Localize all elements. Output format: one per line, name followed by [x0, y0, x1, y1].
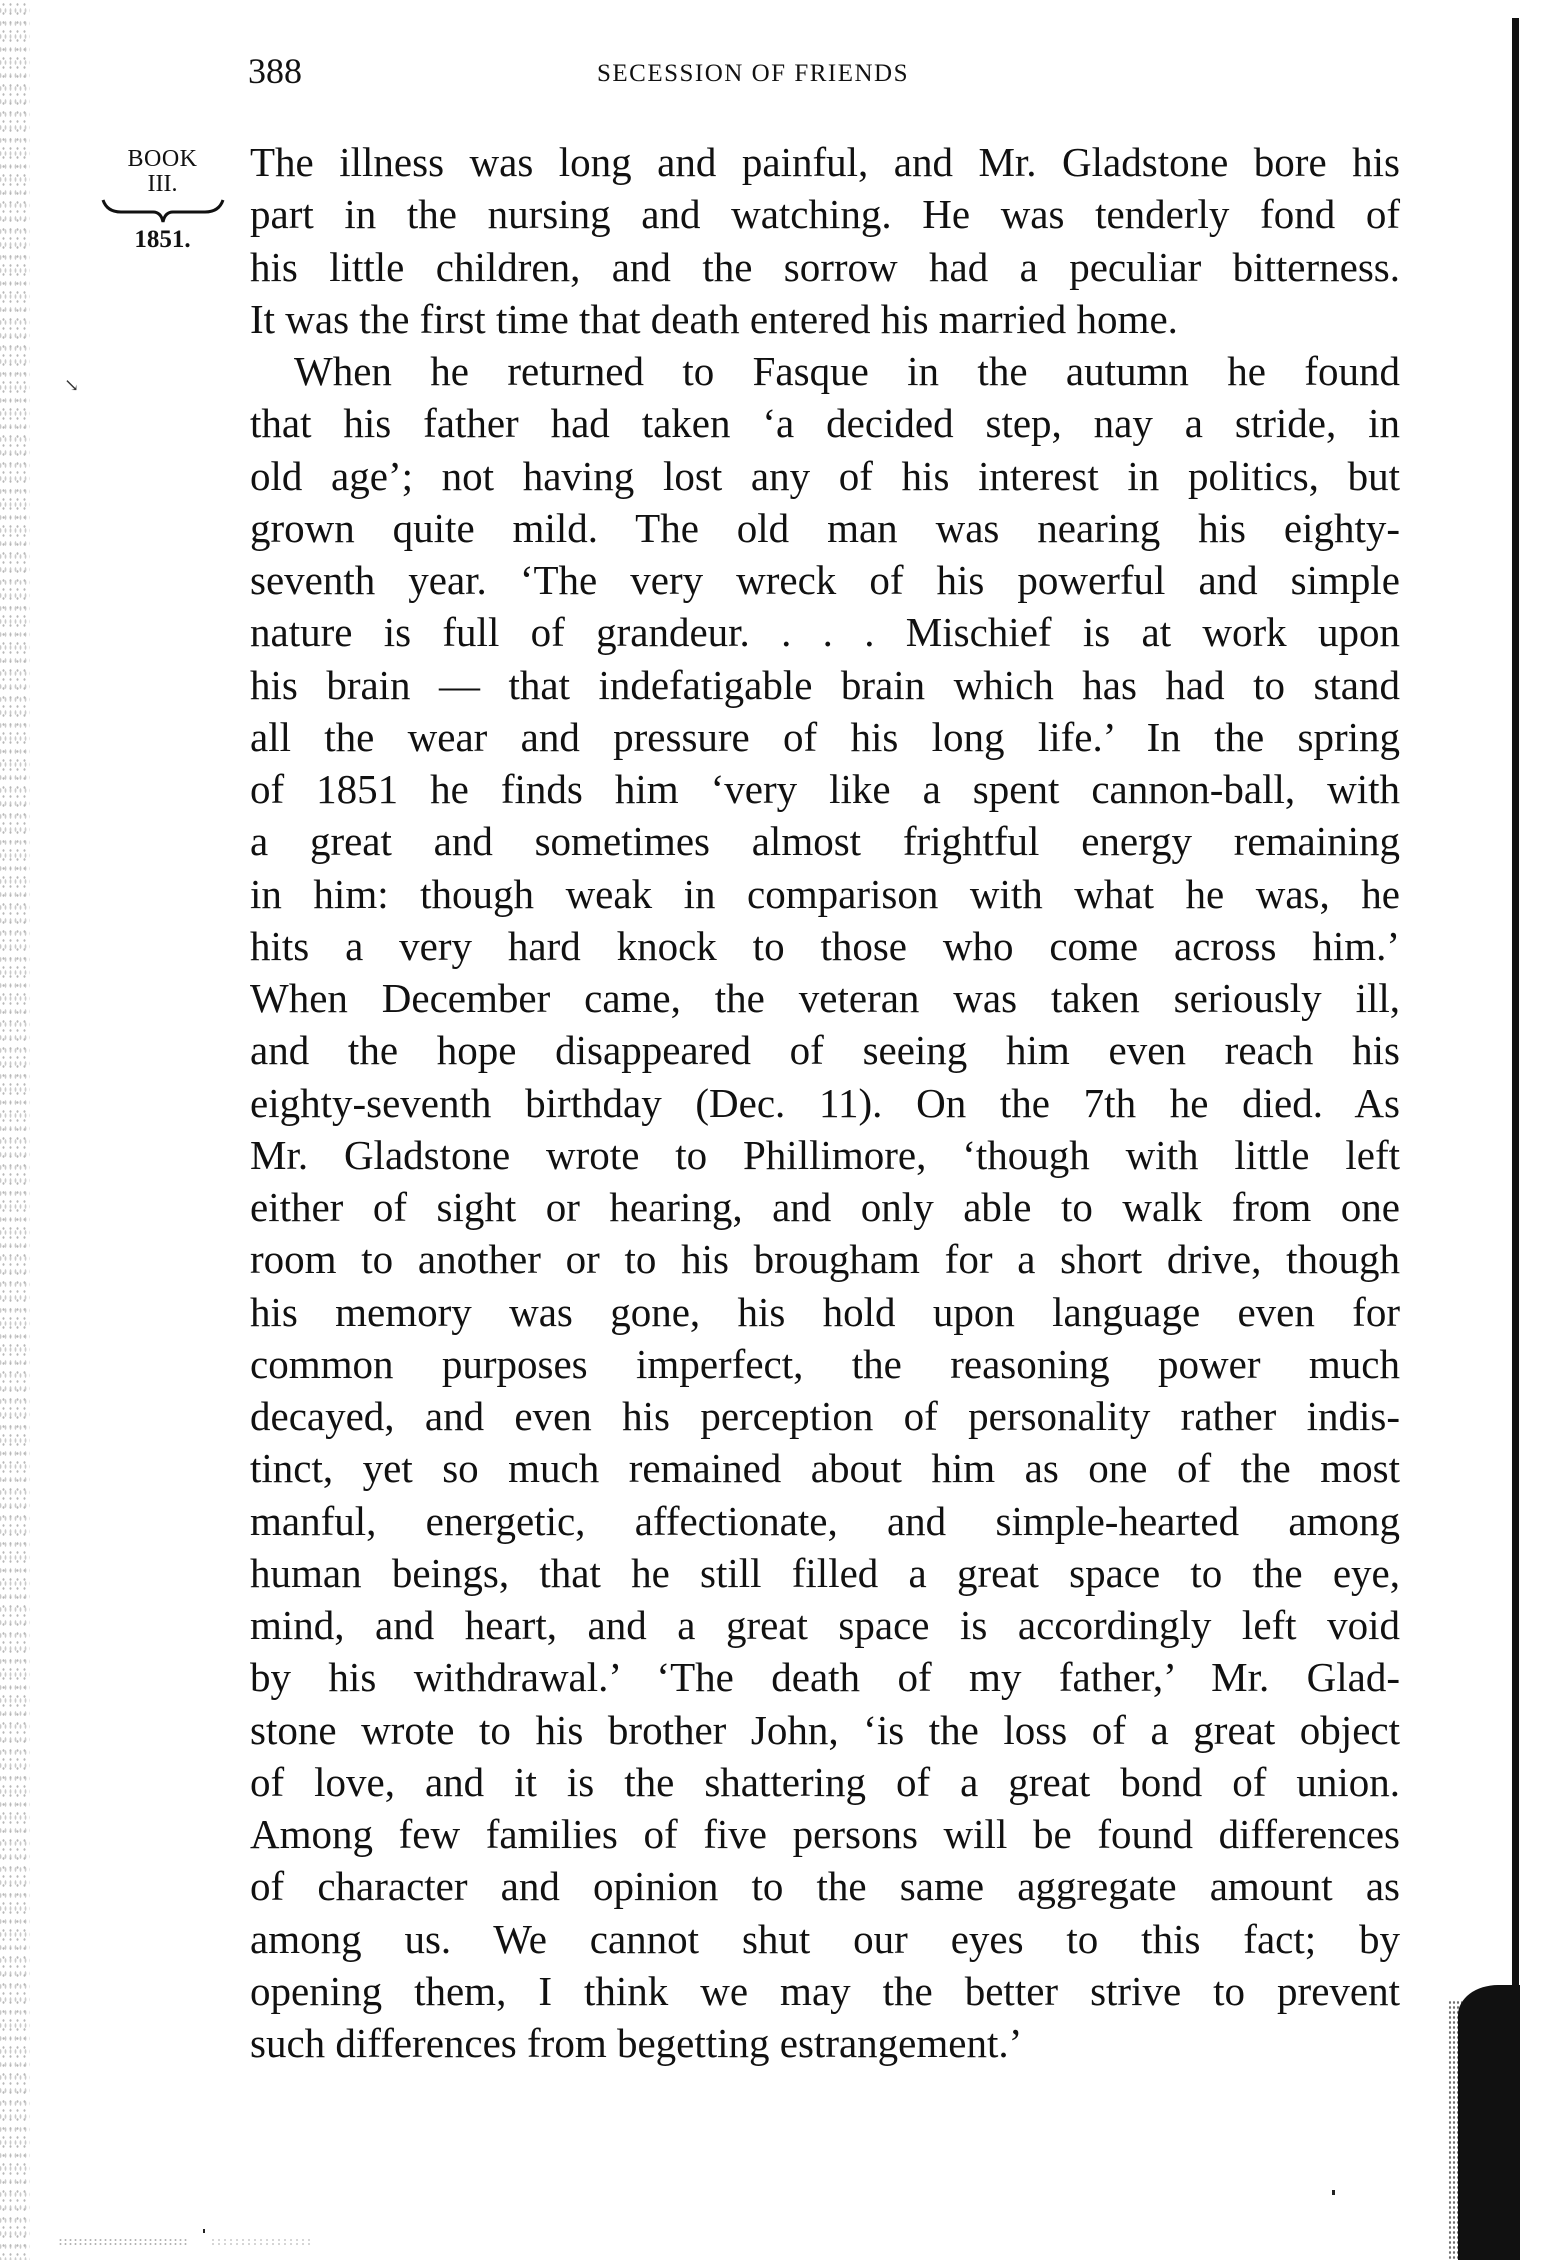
text-line: stone wrote to his brother John, ‘is the… — [250, 1704, 1400, 1756]
text-line: his brain — that indefatigable brain whi… — [250, 659, 1400, 711]
page-edge-rule — [1512, 18, 1519, 2260]
margin-note-book: BOOK — [100, 146, 225, 172]
text-line: his memory was gone, his hold upon langu… — [250, 1286, 1400, 1338]
text-line: among us. We cannot shut our eyes to thi… — [250, 1913, 1400, 1965]
text-line: The illness was long and painful, and Mr… — [250, 136, 1400, 188]
running-head: 388 SECESSION OF FRIENDS — [0, 50, 1542, 94]
text-line: Mr. Gladstone wrote to Phillimore, ‘thou… — [250, 1129, 1400, 1181]
text-line: part in the nursing and watching. He was… — [250, 188, 1400, 240]
bottom-scan-noise — [58, 2238, 188, 2246]
text-line: of 1851 he finds him ‘very like a spent … — [250, 763, 1400, 815]
text-line: grown quite mild. The old man was nearin… — [250, 502, 1400, 554]
page-number: 388 — [248, 50, 302, 92]
text-line: decayed, and even his perception of pers… — [250, 1390, 1400, 1442]
margin-note: BOOK III. 1851. — [100, 146, 225, 254]
scan-mark: ↘ — [64, 375, 79, 396]
text-line: a great and sometimes almost frightful e… — [250, 815, 1400, 867]
text-line: nature is full of grandeur. . . . Mischi… — [250, 606, 1400, 658]
text-line: seventh year. ‘The very wreck of his pow… — [250, 554, 1400, 606]
text-line: and the hope disappeared of seeing him e… — [250, 1024, 1400, 1076]
text-line: Among few families of five persons will … — [250, 1808, 1400, 1860]
text-line: tinct, yet so much remained about him as… — [250, 1442, 1400, 1494]
brace-icon — [101, 196, 225, 226]
text-line: in him: though weak in comparison with w… — [250, 868, 1400, 920]
text-line: either of sight or hearing, and only abl… — [250, 1181, 1400, 1233]
margin-note-volume: III. — [100, 172, 225, 196]
text-line: of love, and it is the shattering of a g… — [250, 1756, 1400, 1808]
text-line: such differences from begetting estrange… — [250, 2017, 1400, 2069]
scan-edge-noise — [0, 0, 30, 2260]
bottom-scan-noise — [210, 2238, 310, 2246]
text-line: that his father had taken ‘a decided ste… — [250, 397, 1400, 449]
scan-speck — [203, 2229, 205, 2233]
paragraph: When he returned to Fasque in the autumn… — [250, 345, 1400, 2069]
text-line: It was the first time that death entered… — [250, 293, 1400, 345]
text-line: room to another or to his brougham for a… — [250, 1233, 1400, 1285]
text-line: common purposes imperfect, the reasoning… — [250, 1338, 1400, 1390]
margin-note-year: 1851. — [100, 226, 225, 254]
text-line: of character and opinion to the same agg… — [250, 1860, 1400, 1912]
text-line: manful, energetic, affectionate, and sim… — [250, 1495, 1400, 1547]
scan-speck — [1332, 2190, 1335, 2195]
text-line: mind, and heart, and a great space is ac… — [250, 1599, 1400, 1651]
text-line: When he returned to Fasque in the autumn… — [250, 345, 1400, 397]
text-line: all the wear and pressure of his long li… — [250, 711, 1400, 763]
text-line: eighty-seventh birthday (Dec. 11). On th… — [250, 1077, 1400, 1129]
paragraph: The illness was long and painful, and Mr… — [250, 136, 1400, 345]
text-line: When December came, the veteran was take… — [250, 972, 1400, 1024]
text-line: his little children, and the sorrow had … — [250, 241, 1400, 293]
text-line: opening them, I think we may the better … — [250, 1965, 1400, 2017]
text-line: human beings, that he still filled a gre… — [250, 1547, 1400, 1599]
text-line: by his withdrawal.’ ‘The death of my fat… — [250, 1651, 1400, 1703]
running-head-title: SECESSION OF FRIENDS — [597, 60, 909, 88]
body-text: The illness was long and painful, and Mr… — [250, 136, 1400, 2069]
page-edge-shadow — [1458, 1985, 1520, 2260]
text-line: old age’; not having lost any of his int… — [250, 450, 1400, 502]
text-line: hits a very hard knock to those who come… — [250, 920, 1400, 972]
